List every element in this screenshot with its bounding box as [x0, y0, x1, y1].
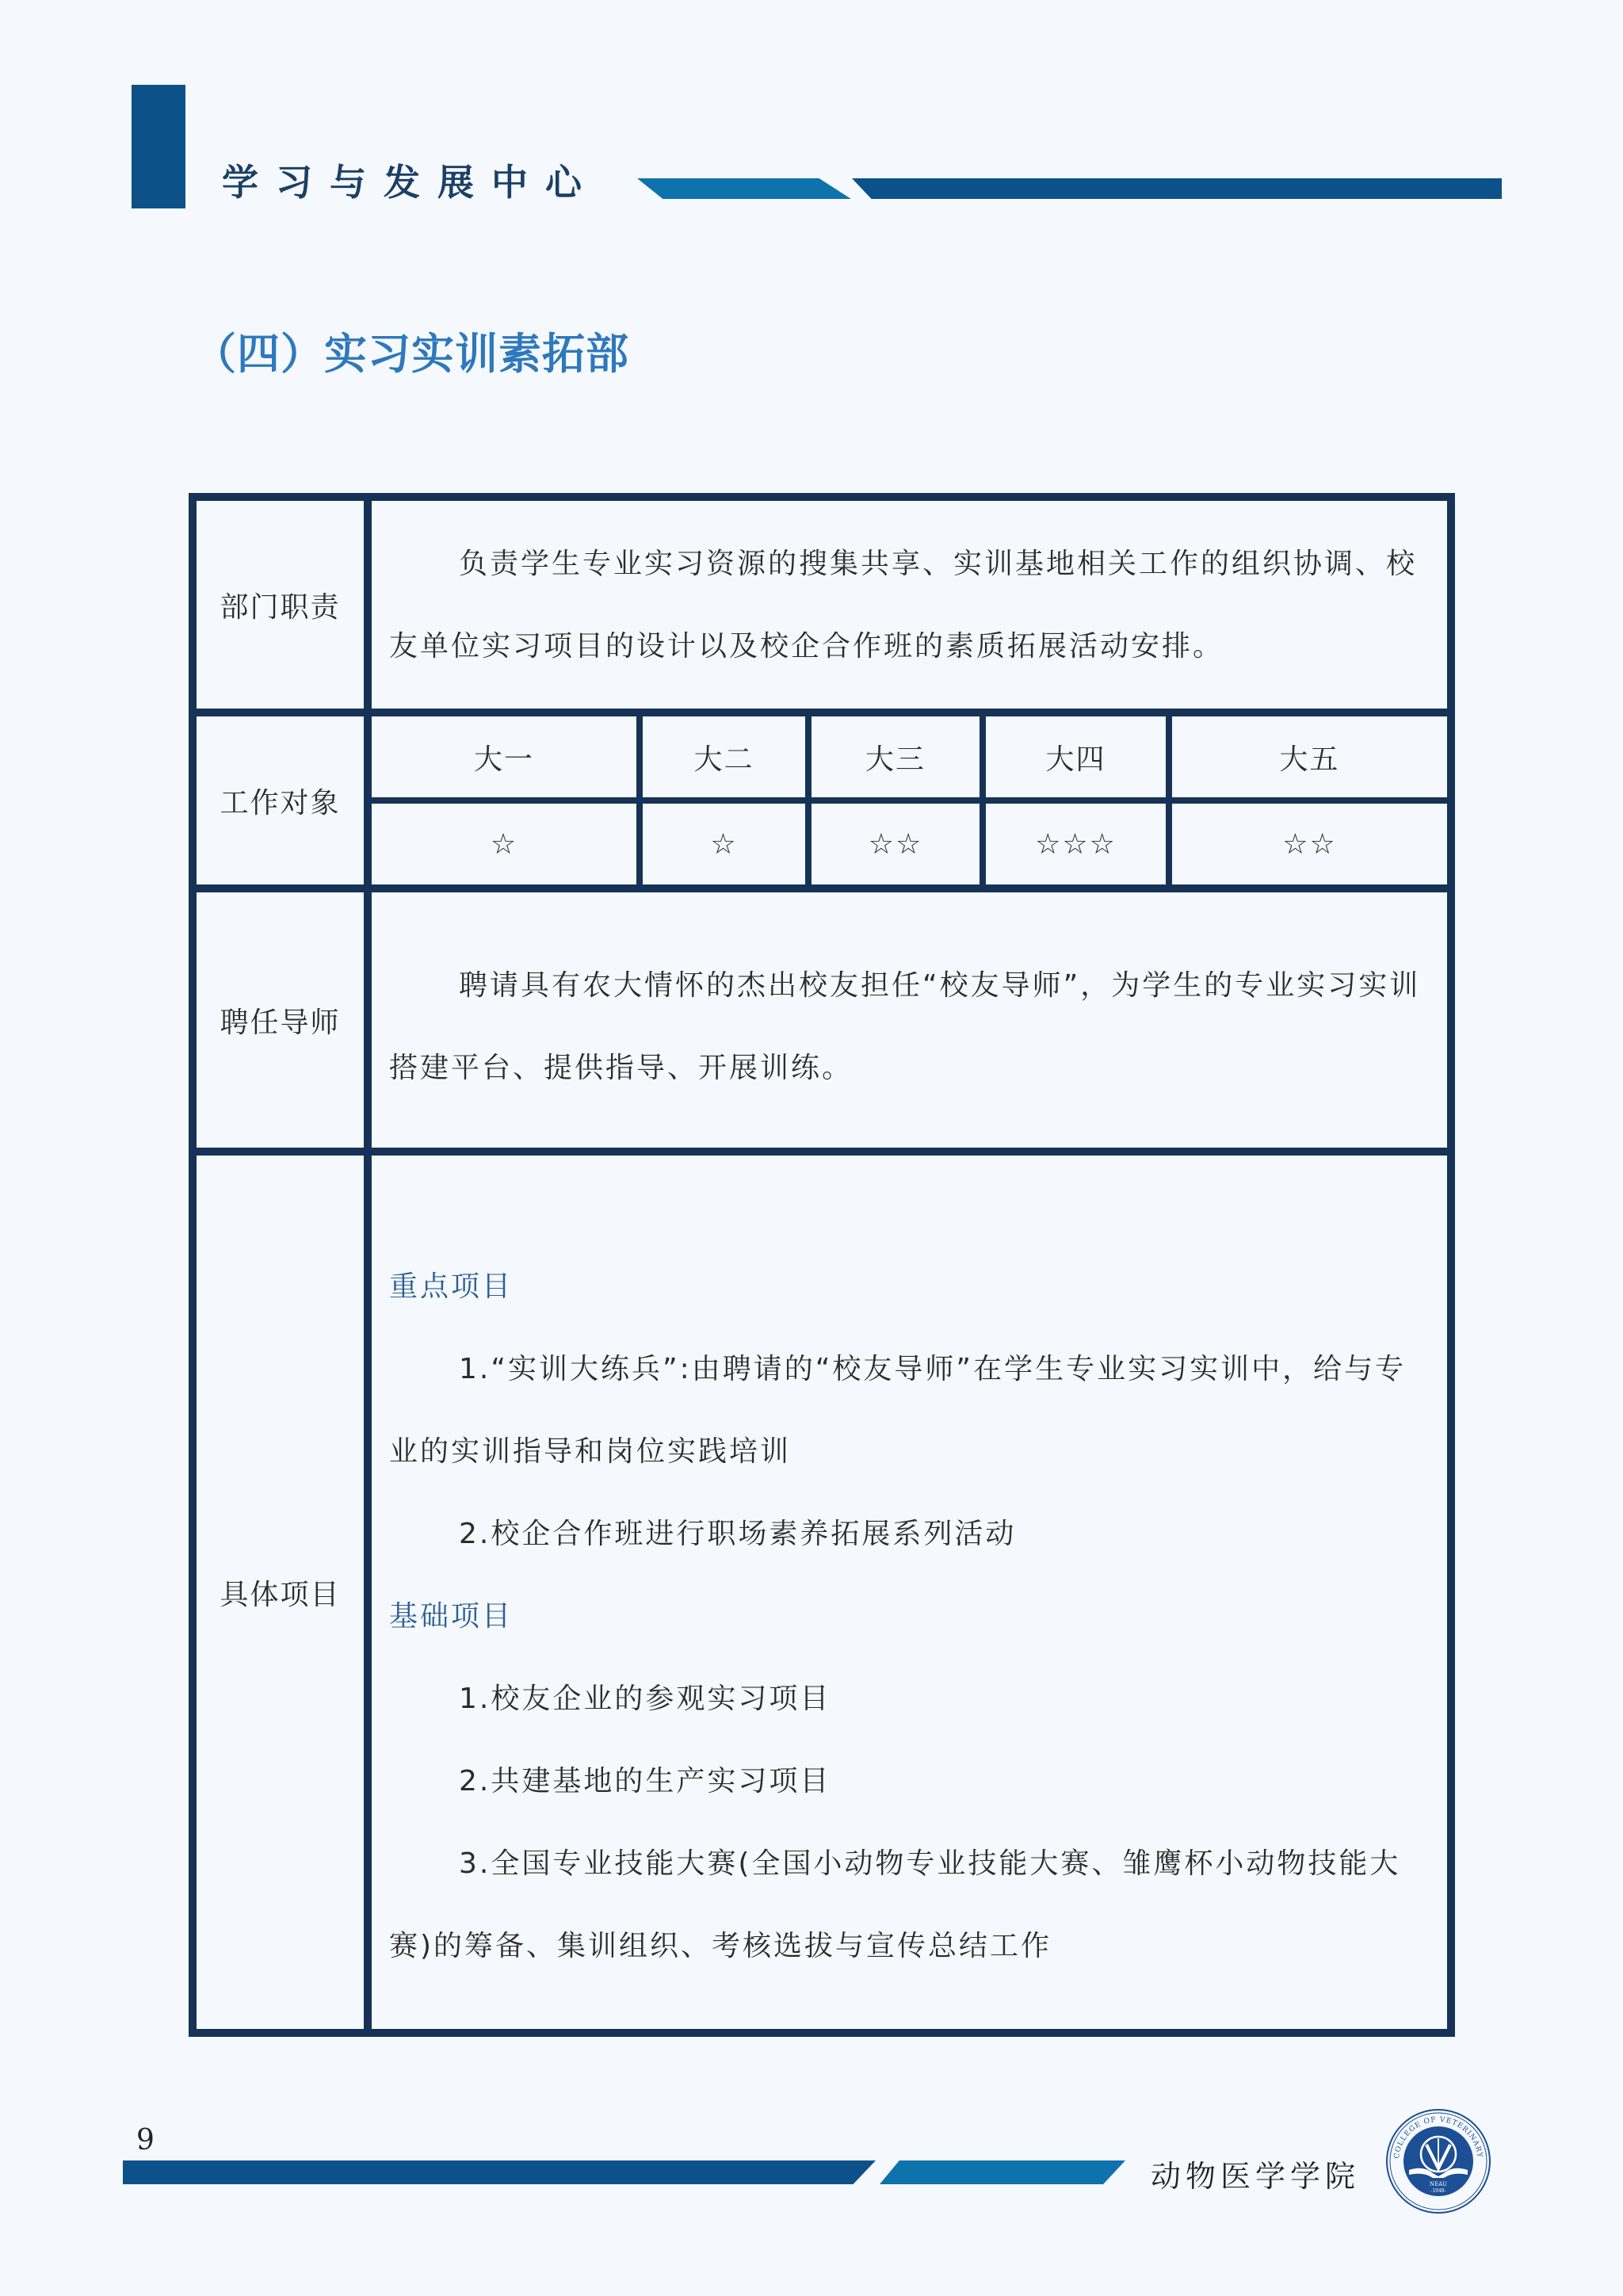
grid-divider [805, 716, 811, 884]
grid-header-year2: 大二 [643, 716, 805, 797]
grid-header-year4: 大四 [986, 716, 1166, 797]
section-title: （四）实习实训素拓部 [193, 327, 629, 382]
row-divider [197, 884, 1447, 892]
grid-divider [636, 716, 643, 884]
page-number: 9 [136, 2124, 155, 2157]
rating-year4-star-icon: ☆☆☆ [986, 804, 1166, 884]
basic-projects-heading: 基础项目 [389, 1576, 1433, 1658]
header-bar-dark [852, 178, 1502, 199]
header-bar-light [637, 178, 851, 199]
row-divider [197, 1148, 1447, 1156]
row-divider [197, 709, 1447, 716]
responsibilities-content: 负责学生专业实习资源的搜集共享、实训基地相关工作的组织协调、校友单位实习项目的设… [372, 523, 1447, 709]
rating-year2-star-icon: ☆ [643, 804, 805, 884]
column-divider [364, 501, 372, 2029]
responsibilities-text: 负责学生专业实习资源的搜集共享、实训基地相关工作的组织协调、校友单位实习项目的设… [389, 523, 1433, 688]
grid-header-year3: 大三 [811, 716, 980, 797]
rating-year3-star-icon: ☆☆ [811, 804, 980, 884]
key-project-item: 1.“实训大练兵”:由聘请的“校友导师”在学生专业实习实训中，给与专业的实训指导… [389, 1328, 1433, 1493]
row-label-target-audience: 工作对象 [197, 716, 364, 884]
rating-year1-star-icon: ☆ [372, 804, 636, 884]
college-emblem-icon: COLLEGE OF VETERINARY MEDICINE NEAU -194… [1385, 2108, 1491, 2214]
grid-divider [1166, 716, 1172, 884]
footer-bar-dark [123, 2160, 876, 2184]
grid-inner-divider [372, 797, 1447, 804]
header-title: 学习与发展中心 [222, 159, 599, 206]
grid-divider [980, 716, 986, 884]
row-label-projects: 具体项目 [197, 1156, 364, 2029]
row-label-mentors: 聘任导师 [197, 892, 364, 1148]
mentors-content: 聘请具有农大情怀的杰出校友担任“校友导师”，为学生的专业实习实训搭建平台、提供指… [372, 945, 1447, 1148]
svg-text:NEAU: NEAU [1430, 2181, 1447, 2187]
college-name: 动物医学学院 [1151, 2152, 1360, 2195]
basic-project-item: 2.共建基地的生产实习项目 [389, 1740, 1433, 1823]
svg-text:-1948-: -1948- [1430, 2188, 1445, 2194]
projects-content: 重点项目 1.“实训大练兵”:由聘请的“校友导师”在学生专业实习实训中，给与专业… [372, 1246, 1447, 1988]
footer-bar-light [880, 2160, 1125, 2184]
basic-project-item: 1.校友企业的参观实习项目 [389, 1658, 1433, 1740]
row-label-responsibilities: 部门职责 [197, 501, 364, 709]
rating-year5-star-icon: ☆☆ [1172, 804, 1447, 884]
department-table: 部门职责 负责学生专业实习资源的搜集共享、实训基地相关工作的组织协调、校友单位实… [189, 493, 1455, 2037]
mentors-text: 聘请具有农大情怀的杰出校友担任“校友导师”，为学生的专业实习实训搭建平台、提供指… [389, 945, 1433, 1110]
key-projects-heading: 重点项目 [389, 1246, 1433, 1328]
grid-header-year5: 大五 [1172, 716, 1447, 797]
grid-header-year1: 大一 [372, 716, 636, 797]
header-accent-block [132, 85, 185, 208]
basic-project-item: 3.全国专业技能大赛(全国小动物专业技能大赛、雏鹰杯小动物技能大赛)的筹备、集训… [389, 1823, 1433, 1988]
key-project-item: 2.校企合作班进行职场素养拓展系列活动 [389, 1493, 1433, 1576]
